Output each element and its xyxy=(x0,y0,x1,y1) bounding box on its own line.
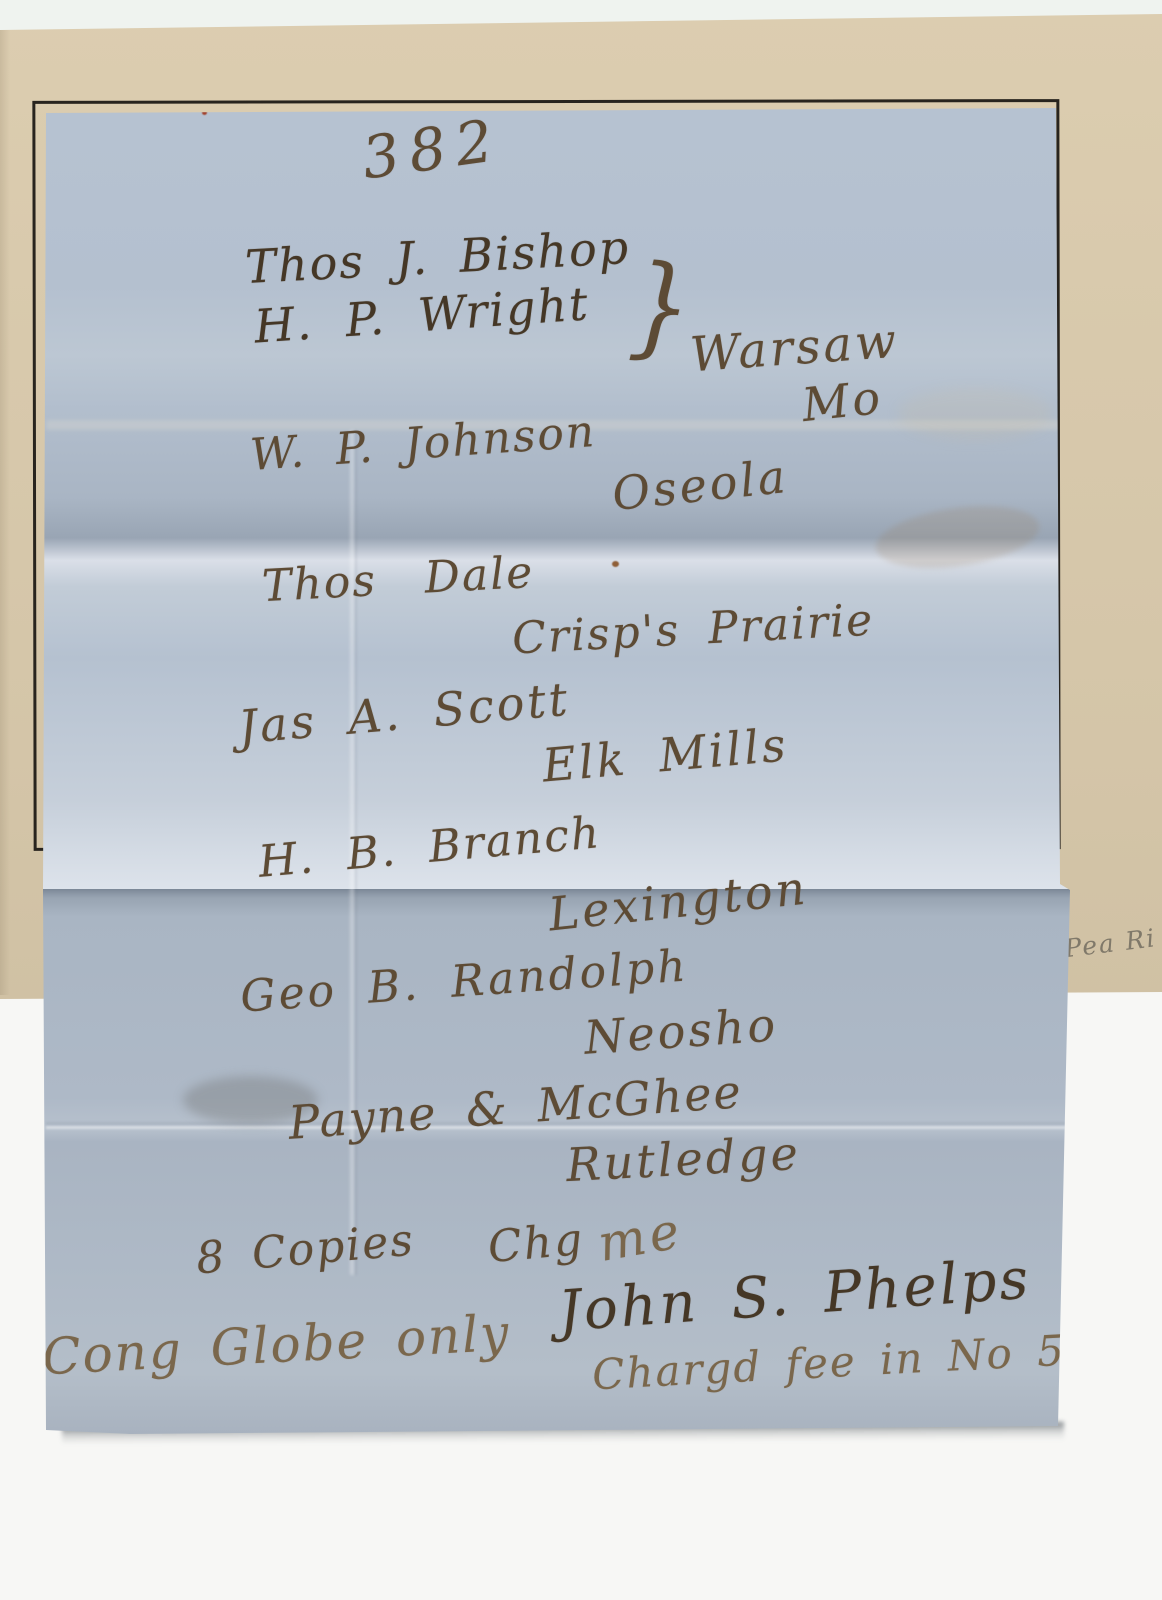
entry-place: Neosho xyxy=(583,1001,780,1060)
foxing-speck xyxy=(612,561,619,567)
entry-place: Warsaw xyxy=(689,317,901,379)
charge-abbrev: Chg xyxy=(486,1218,586,1270)
scanned-document-photo: - Pea Ri 382 Thos J. Bishop H. P. Wright… xyxy=(0,0,1162,1600)
entry-place: Rutledge xyxy=(565,1130,802,1188)
flourish-scrawl: me xyxy=(594,1205,686,1269)
paper-stain xyxy=(898,388,1053,440)
mat-edge-shading xyxy=(0,30,10,995)
letter-paper: 382 Thos J. Bishop H. P. Wright } Warsaw… xyxy=(0,0,1162,1600)
brace-glyph: } xyxy=(626,249,695,363)
page-number: 382 xyxy=(359,110,506,187)
entry-state: Mo xyxy=(800,374,885,428)
